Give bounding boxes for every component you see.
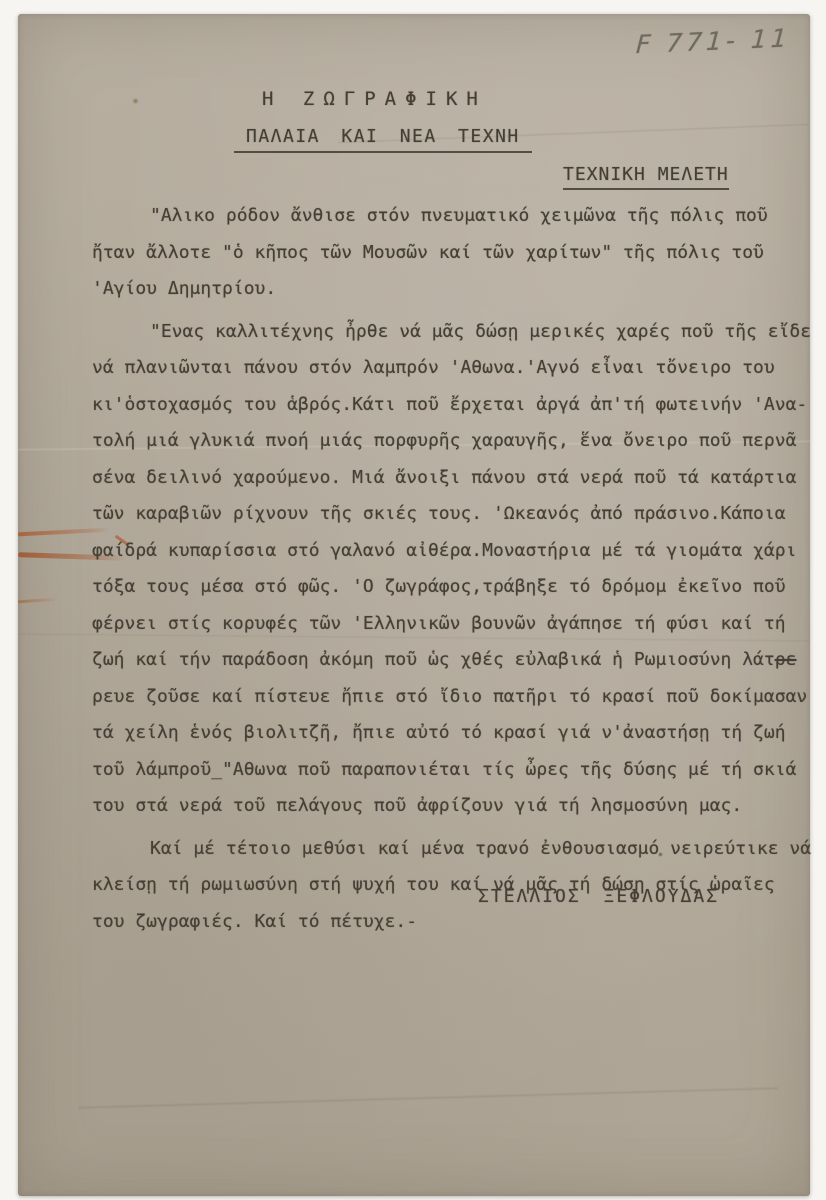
handwritten-archive-number: F 771- 11 xyxy=(635,22,826,59)
text-line: του στά νερά τοῦ πελάγους ποῦ ἀφρίζουν γ… xyxy=(92,788,792,825)
text-line: τά χείλη ἑνός βιολιτζῆ, ἤπιε αὐτό τό κρα… xyxy=(92,715,792,752)
text-line: "Αλικο ρόδον ἄνθισε στόν πνευματικό χειμ… xyxy=(92,198,792,235)
text-line: τοῦ λάμπροῦ_"Αθωνα ποῦ παραπονιέται τίς … xyxy=(92,752,792,789)
text-segment: ζωή καί τήν παράδοση ἀκόμη ποῦ ὡς χθές ε… xyxy=(92,649,775,670)
text-line: σένα δειλινό χαρούμενο. Μιά ἄνοιξι πάνου… xyxy=(92,460,792,497)
author-signature: ΣΤΕΛΛΙΟΣ ΞΕΦΛΟΥΔΑΣ xyxy=(478,886,719,907)
text-line: νά πλανιῶνται πάνου στόν λαμπρόν 'Αθωνα.… xyxy=(92,350,792,387)
text-line: "Ενας καλλιτέχνης ἦρθε νά μᾶς δώσῃ μερικ… xyxy=(92,314,792,351)
document-page: F 771- 11 Η ΖΩΓΡΑΦΙΚΗ ΠΑΛΑΙΑ ΚΑΙ ΝΕΑ ΤΕΧ… xyxy=(18,14,810,1196)
rust-stain xyxy=(18,598,58,604)
text-line: τόξα τους μέσα στό φῶς. 'Ο ζωγράφος,τράβ… xyxy=(92,569,792,606)
section-heading: ΤΕΧΝΙΚΗ ΜΕΛΕΤΗ xyxy=(563,164,729,190)
text-line: ρευε ζοῦσε καί πίστευε ἤπιε στό ἴδιο πατ… xyxy=(92,679,792,716)
text-line: φαίδρά κυπαρίσσια στό γαλανό αἰθέρα.Μονα… xyxy=(92,533,792,570)
text-line: ἤταν ἄλλοτε "ὁ κῆπος τῶν Μουσῶν καί τῶν … xyxy=(92,235,792,272)
paragraph: "Ενας καλλιτέχνης ἦρθε νά μᾶς δώσῃ μερικ… xyxy=(92,314,792,825)
text-line: του ζωγραφιές. Καί τό πέτυχε.- xyxy=(92,904,792,941)
document-body: "Αλικο ρόδον ἄνθισε στόν πνευματικό χειμ… xyxy=(92,198,792,946)
text-line: ζωή καί τήν παράδοση ἀκόμη ποῦ ὡς χθές ε… xyxy=(92,642,792,679)
text-line: τῶν καραβιῶν ρίχνουν τῆς σκιές τους. 'Ωκ… xyxy=(92,496,792,533)
paper-spot xyxy=(132,98,139,104)
struck-text: ρε xyxy=(775,649,797,670)
text-line: κι'ὁστοχασμός του ἁβρός.Κάτι ποῦ ἔρχεται… xyxy=(92,387,792,424)
scanned-document-screenshot: { "annotation": { "text": "F 771- 11" },… xyxy=(0,0,826,1200)
paragraph: "Αλικο ρόδον ἄνθισε στόν πνευματικό χειμ… xyxy=(92,198,792,308)
text-line: φέρνει στίς κορυφές τῶν 'Ελληνικῶν βουνῶ… xyxy=(92,606,792,643)
document-title: Η ΖΩΓΡΑΦΙΚΗ xyxy=(262,88,487,110)
text-line: τολή μιά γλυκιά πνοή μιάς πορφυρῆς χαραυ… xyxy=(92,423,792,460)
document-subtitle: ΠΑΛΑΙΑ ΚΑΙ ΝΕΑ ΤΕΧΝΗ xyxy=(234,126,532,153)
text-line: Καί μέ τέτοιο μεθύσι καί μένα τρανό ἐνθο… xyxy=(92,831,792,868)
text-line: 'Αγίου Δημητρίου. xyxy=(92,271,792,308)
paper-crease xyxy=(78,1086,778,1110)
